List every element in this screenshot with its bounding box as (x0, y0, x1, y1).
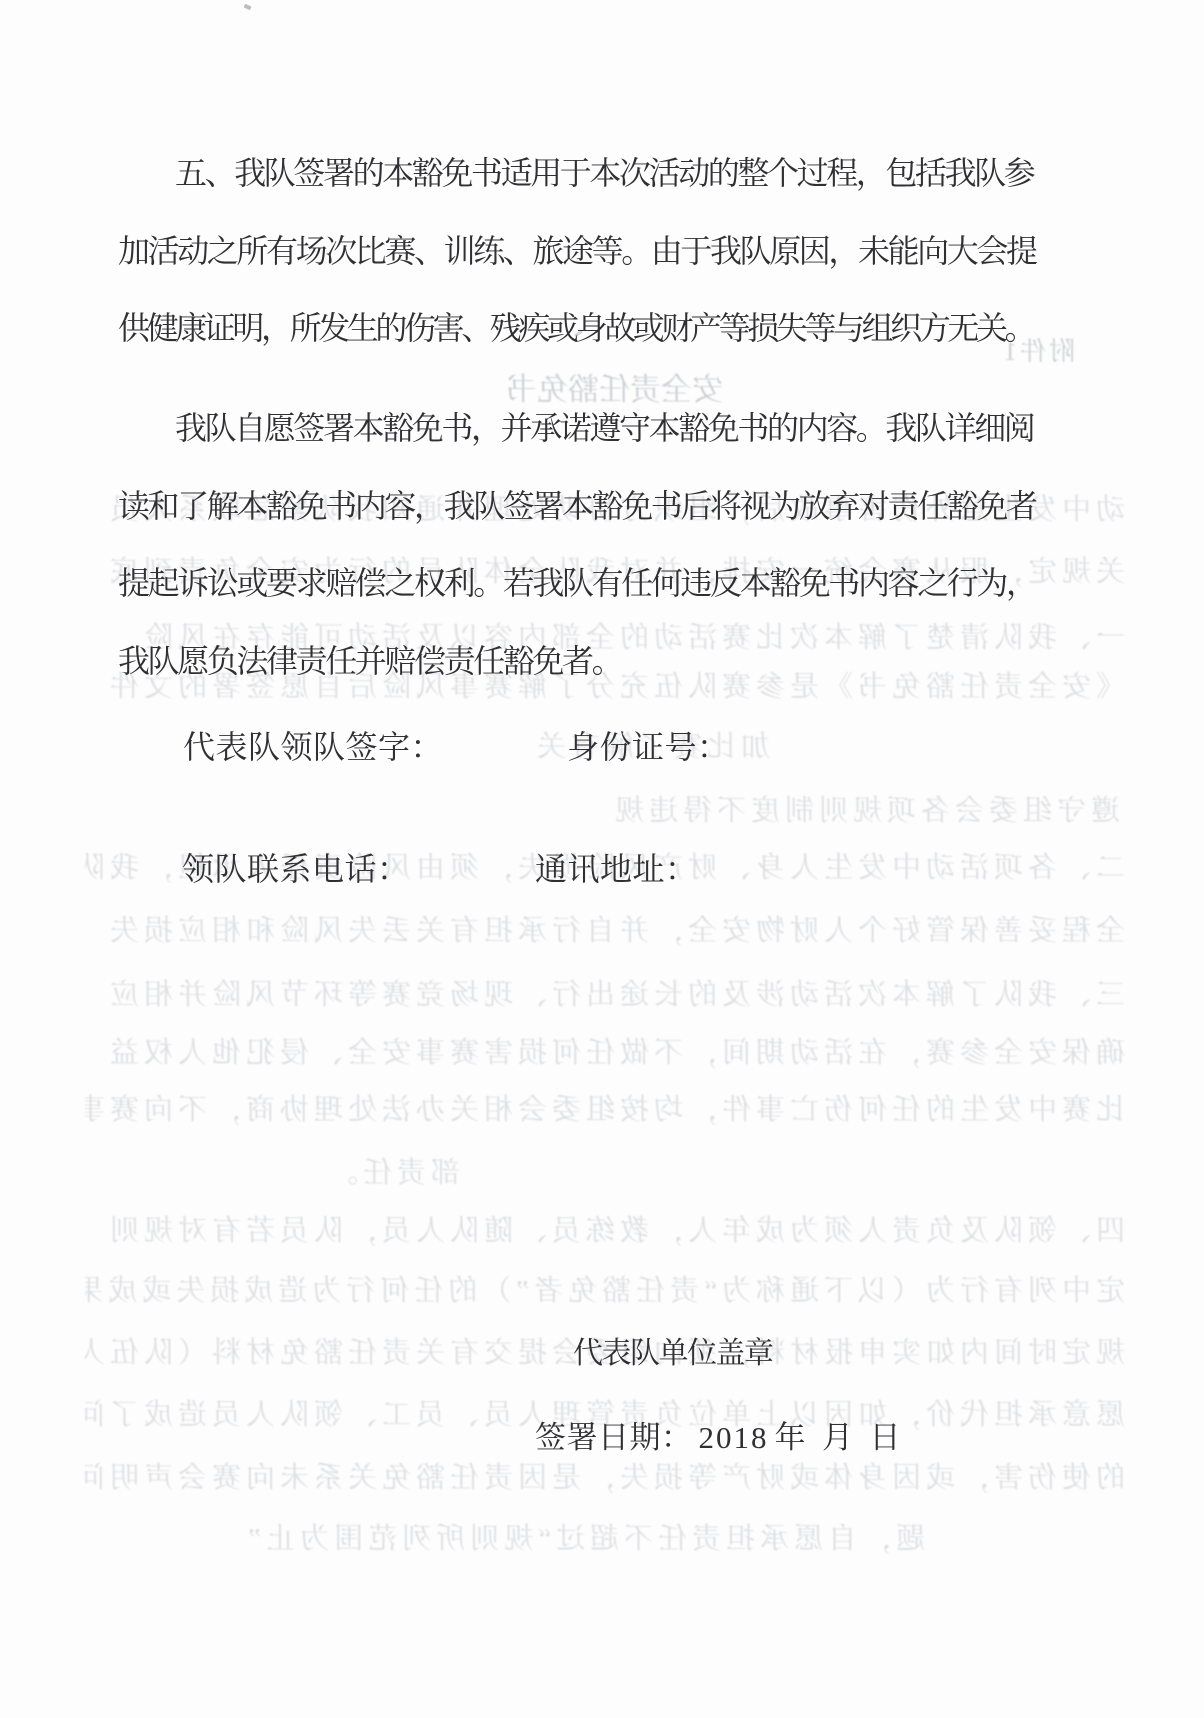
clause-five-line-2: 加活动之所有场次比赛、训练、旅途等。由于我队原因，未能向大会提 (118, 226, 1036, 272)
bleedthrough-line: 三、我队了解本次活动涉及的长途出行、现场竞赛等环节风险并相应 (85, 972, 1125, 1013)
pledge-line-2: 读和了解本豁免书内容，我队签署本豁免书后将视为放弃对责任豁免者 (118, 481, 1036, 527)
bleedthrough-line: 全程妥善保管好个人财物安全，并自行承担有关丢失风险和相应损失 (85, 908, 1125, 949)
scan-speck (243, 4, 251, 11)
bleedthrough-line: 比赛中发生的任何伤亡事件，均按组委会相关办法处理协商，不向赛事 (85, 1087, 1125, 1128)
bleedthrough-line: 确保安全参赛，在活动期间，不做任何损害赛事安全、侵犯他人权益 (85, 1030, 1125, 1071)
signing-date-label: 签署日期： (535, 1420, 693, 1455)
bleedthrough-line: 遵守组委会各项规则制度不得违规 (560, 788, 1120, 829)
leader-phone-label: 领队联系电话： (182, 844, 410, 890)
pledge-line-1: 我队自愿签署本豁免书，并承诺遵守本豁免书的内容。我队详细阅 (175, 403, 1033, 449)
id-number-label: 身份证号： (567, 722, 730, 768)
mailing-address-label: 通讯地址： (535, 844, 698, 890)
signing-date-line: 签署日期：2018年月日 (535, 1412, 901, 1457)
day-unit: 日 (870, 1420, 902, 1455)
bleedthrough-line: 题，自愿承担责任不超过“规则所列范围为止” (225, 1516, 925, 1557)
year-unit: 年 (775, 1420, 807, 1455)
bleedthrough-line: 的使伤害，或因身体或财产等损失，是因责任豁免关系未向赛会声明问 (85, 1455, 1125, 1496)
pledge-line-4: 我队愿负法律责任并赔偿责任豁免者。 (118, 636, 621, 682)
bleedthrough-line: 部责任。 (330, 1150, 460, 1191)
month-unit: 月 (822, 1420, 854, 1455)
scanned-waiver-page: 附件1 安全责任豁免书 动中发生意外伤害事故后，组织方协助处理并通知我队紧急联系… (0, 0, 1204, 1718)
bleedthrough-line: 四、领队及负责人须为成年人，教练员、随队人员，队员若有对规则 (85, 1208, 1125, 1249)
leader-signature-label: 代表队领队签字： (183, 722, 443, 768)
pledge-line-3: 提起诉讼或要求赔偿之权利。若我队有任何违反本豁免书内容之行为， (118, 558, 1036, 604)
clause-five-line-1: 五、我队签署的本豁免书适用于本次活动的整个过程，包括我队参 (175, 148, 1033, 194)
team-unit-stamp-caption: 代表队单位盖章 (573, 1328, 773, 1372)
signing-date-year-value: 2018 (699, 1420, 769, 1455)
bleedthrough-line: 定中列有行为（以下通称为“责任豁免者”）的任何行为造成损失或成果 (85, 1268, 1125, 1309)
clause-five-line-3: 供健康证明，所发生的伤害、残疾或身故或财产等损失等与组织方无关。 (118, 303, 1033, 349)
